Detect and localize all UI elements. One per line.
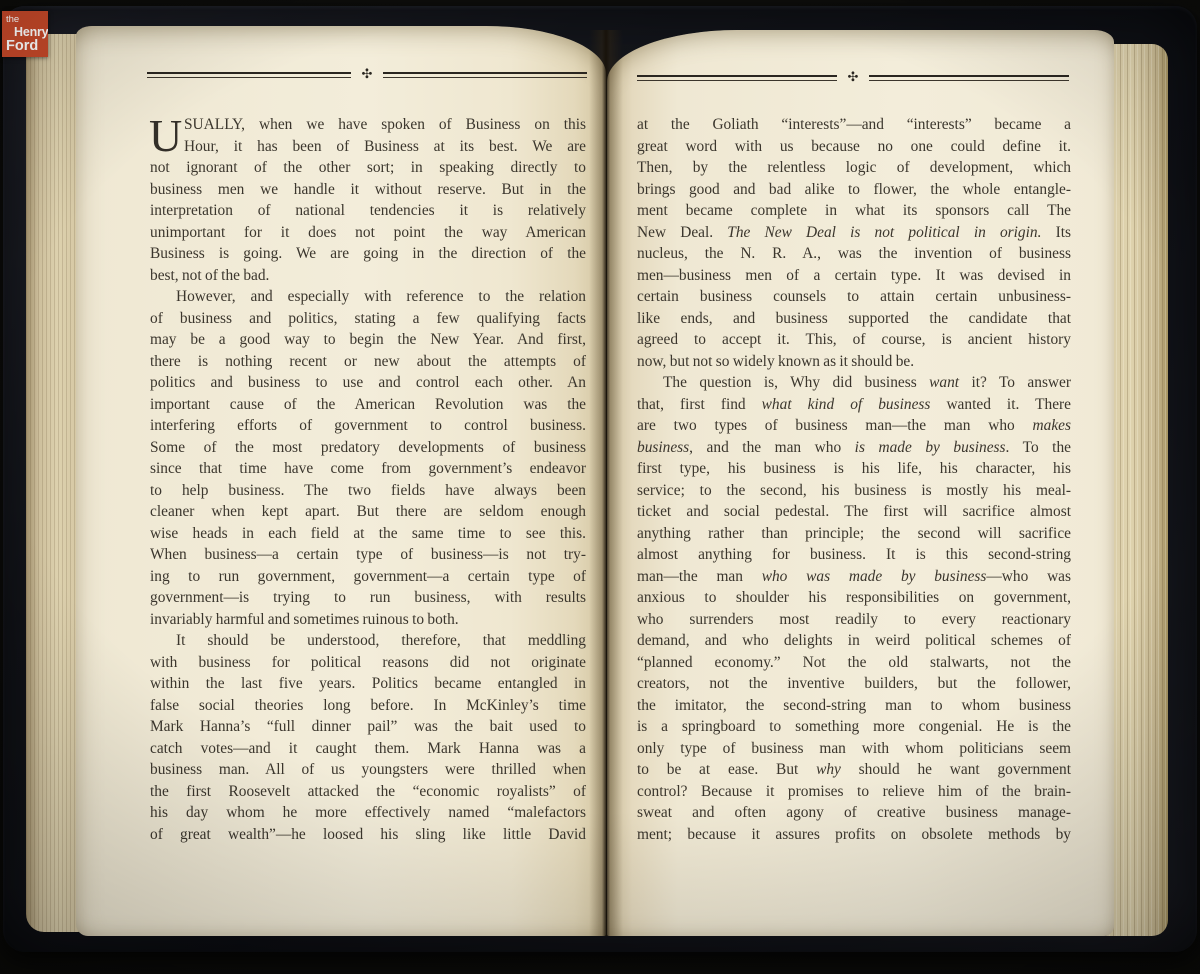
text-line: certain business counsels to attain cert… bbox=[637, 286, 1071, 308]
text-line: man—the man who was made by business—who… bbox=[637, 566, 1071, 588]
text-line: only type of business man with whom poli… bbox=[637, 738, 1071, 760]
text-line: Hour, it has been of Business at its bes… bbox=[150, 136, 586, 158]
text-line: Business is going. We are going in the d… bbox=[150, 243, 586, 265]
text-line: “planned economy.” Not the old stalwarts… bbox=[637, 652, 1071, 674]
text-line: business men we handle it without reserv… bbox=[150, 179, 586, 201]
text-line: It should be understood, therefore, that… bbox=[150, 630, 586, 652]
text-line: false social theories long before. In Mc… bbox=[150, 695, 586, 717]
text-line: When business—a certain type of business… bbox=[150, 544, 586, 566]
text-line: cleaner when kept apart. But there are s… bbox=[150, 501, 586, 523]
logo-text-henry: Henry bbox=[14, 26, 48, 39]
text-line: control? Because it promises to relieve … bbox=[637, 781, 1071, 803]
text-line: SUALLY, when we have spoken of Business … bbox=[150, 114, 586, 136]
paragraph: The question is, Why did business want i… bbox=[637, 372, 1071, 845]
photo-backdrop: ✣ ✣ USUALLY, when we have spoken of Busi… bbox=[0, 0, 1200, 974]
text-line: interpretation of national tendencies it… bbox=[150, 200, 586, 222]
left-page-text: USUALLY, when we have spoken of Business… bbox=[150, 114, 586, 845]
text-line: business man. All of us youngsters were … bbox=[150, 759, 586, 781]
text-line: to help business. The two fields have al… bbox=[150, 480, 586, 502]
logo-text-the: the bbox=[6, 15, 48, 25]
text-line: ticket and social pedestal. The first wi… bbox=[637, 501, 1071, 523]
drop-cap: U bbox=[149, 116, 182, 156]
text-line: best, not of the bad. bbox=[150, 265, 586, 287]
text-line: service; to the second, his business is … bbox=[637, 480, 1071, 502]
text-line: the imitator, the second-string man to w… bbox=[637, 695, 1071, 717]
paragraph: at the Goliath “interests”—and “interest… bbox=[637, 114, 1071, 372]
text-line: wise heads in each field at the same tim… bbox=[150, 523, 586, 545]
text-line: of business and politics, stating a few … bbox=[150, 308, 586, 330]
text-line: Then, by the relentless logic of develop… bbox=[637, 157, 1071, 179]
header-ornament-right: ✣ bbox=[637, 71, 1069, 85]
text-line: The question is, Why did business want i… bbox=[637, 372, 1071, 394]
text-line: However, and especially with reference t… bbox=[150, 286, 586, 308]
text-line: politics and business to use and control… bbox=[150, 372, 586, 394]
text-line: ing to run government, government—a cert… bbox=[150, 566, 586, 588]
text-line: interfering efforts of government to con… bbox=[150, 415, 586, 437]
text-line: not ignorant of the other sort; in speak… bbox=[150, 157, 586, 179]
text-line: business, and the man who is made by bus… bbox=[637, 437, 1071, 459]
text-line: government—is trying to run business, wi… bbox=[150, 587, 586, 609]
text-line: at the Goliath “interests”—and “interest… bbox=[637, 114, 1071, 136]
rule-segment bbox=[869, 75, 1069, 81]
text-line: sweat and often agony of creative busine… bbox=[637, 802, 1071, 824]
text-line: within the last five years. Politics bec… bbox=[150, 673, 586, 695]
text-line: there is nothing recent or new about the… bbox=[150, 351, 586, 373]
text-line: almost anything for business. It is this… bbox=[637, 544, 1071, 566]
text-line: now, but not so widely known as it shoul… bbox=[637, 351, 1071, 373]
text-line: demand, and who delights in weird politi… bbox=[637, 630, 1071, 652]
paragraph: It should be understood, therefore, that… bbox=[150, 630, 586, 845]
rule-segment bbox=[383, 72, 587, 78]
text-line: catch votes—and it caught them. Mark Han… bbox=[150, 738, 586, 760]
text-line: who surrenders most readily to every rea… bbox=[637, 609, 1071, 631]
text-line: brings good and bad alike to flower, the… bbox=[637, 179, 1071, 201]
text-line: men—business men of a certain type. It w… bbox=[637, 265, 1071, 287]
fleuron-icon: ✣ bbox=[848, 71, 859, 84]
text-line: nucleus, the N. R. A., was the invention… bbox=[637, 243, 1071, 265]
text-line: are two types of business man—the man wh… bbox=[637, 415, 1071, 437]
text-line: Some of the most predatory developments … bbox=[150, 437, 586, 459]
text-line: anxious to shoulder his responsibilities… bbox=[637, 587, 1071, 609]
text-line: New Deal. The New Deal is not political … bbox=[637, 222, 1071, 244]
text-line: important cause of the American Revoluti… bbox=[150, 394, 586, 416]
text-line: great word with us because no one could … bbox=[637, 136, 1071, 158]
text-line: that, first find what kind of business w… bbox=[637, 394, 1071, 416]
right-page-text: at the Goliath “interests”—and “interest… bbox=[637, 114, 1071, 845]
text-line: may be a good way to begin the New Year.… bbox=[150, 329, 586, 351]
text-line: since that time have come from governmen… bbox=[150, 458, 586, 480]
logo-text-ford: Ford bbox=[6, 39, 48, 54]
text-line: the first Roosevelt attacked the “econom… bbox=[150, 781, 586, 803]
page-edges-fore-edge bbox=[1106, 44, 1168, 936]
text-line: like ends, and business supported the ca… bbox=[637, 308, 1071, 330]
header-ornament-left: ✣ bbox=[147, 68, 587, 82]
text-line: agreed to accept it. This, of course, is… bbox=[637, 329, 1071, 351]
rule-segment bbox=[147, 72, 351, 78]
text-line: Mark Hanna’s “full dinner pail” was the … bbox=[150, 716, 586, 738]
text-line: with business for political reasons did … bbox=[150, 652, 586, 674]
text-line: to be at ease. But why should he want go… bbox=[637, 759, 1071, 781]
text-line: his day whom he more effectively named “… bbox=[150, 802, 586, 824]
text-line: anything rather than principle; the seco… bbox=[637, 523, 1071, 545]
text-line: ment; because it assures profits on obso… bbox=[637, 824, 1071, 846]
text-line: creators, not the inventive builders, bu… bbox=[637, 673, 1071, 695]
text-line: is a springboard to something more conge… bbox=[637, 716, 1071, 738]
text-line: invariably harmful and sometimes ruinous… bbox=[150, 609, 586, 631]
text-line: ment became complete in what its sponsor… bbox=[637, 200, 1071, 222]
rule-segment bbox=[637, 75, 837, 81]
paragraph: However, and especially with reference t… bbox=[150, 286, 586, 630]
text-line: of great wealth”—he loosed his sling lik… bbox=[150, 824, 586, 846]
henry-ford-logo: the Henry Ford bbox=[2, 11, 48, 57]
text-line: unimportant for it does not point the wa… bbox=[150, 222, 586, 244]
text-line: first type, his business is his life, hi… bbox=[637, 458, 1071, 480]
paragraph: USUALLY, when we have spoken of Business… bbox=[150, 114, 586, 286]
fleuron-icon: ✣ bbox=[362, 68, 373, 81]
